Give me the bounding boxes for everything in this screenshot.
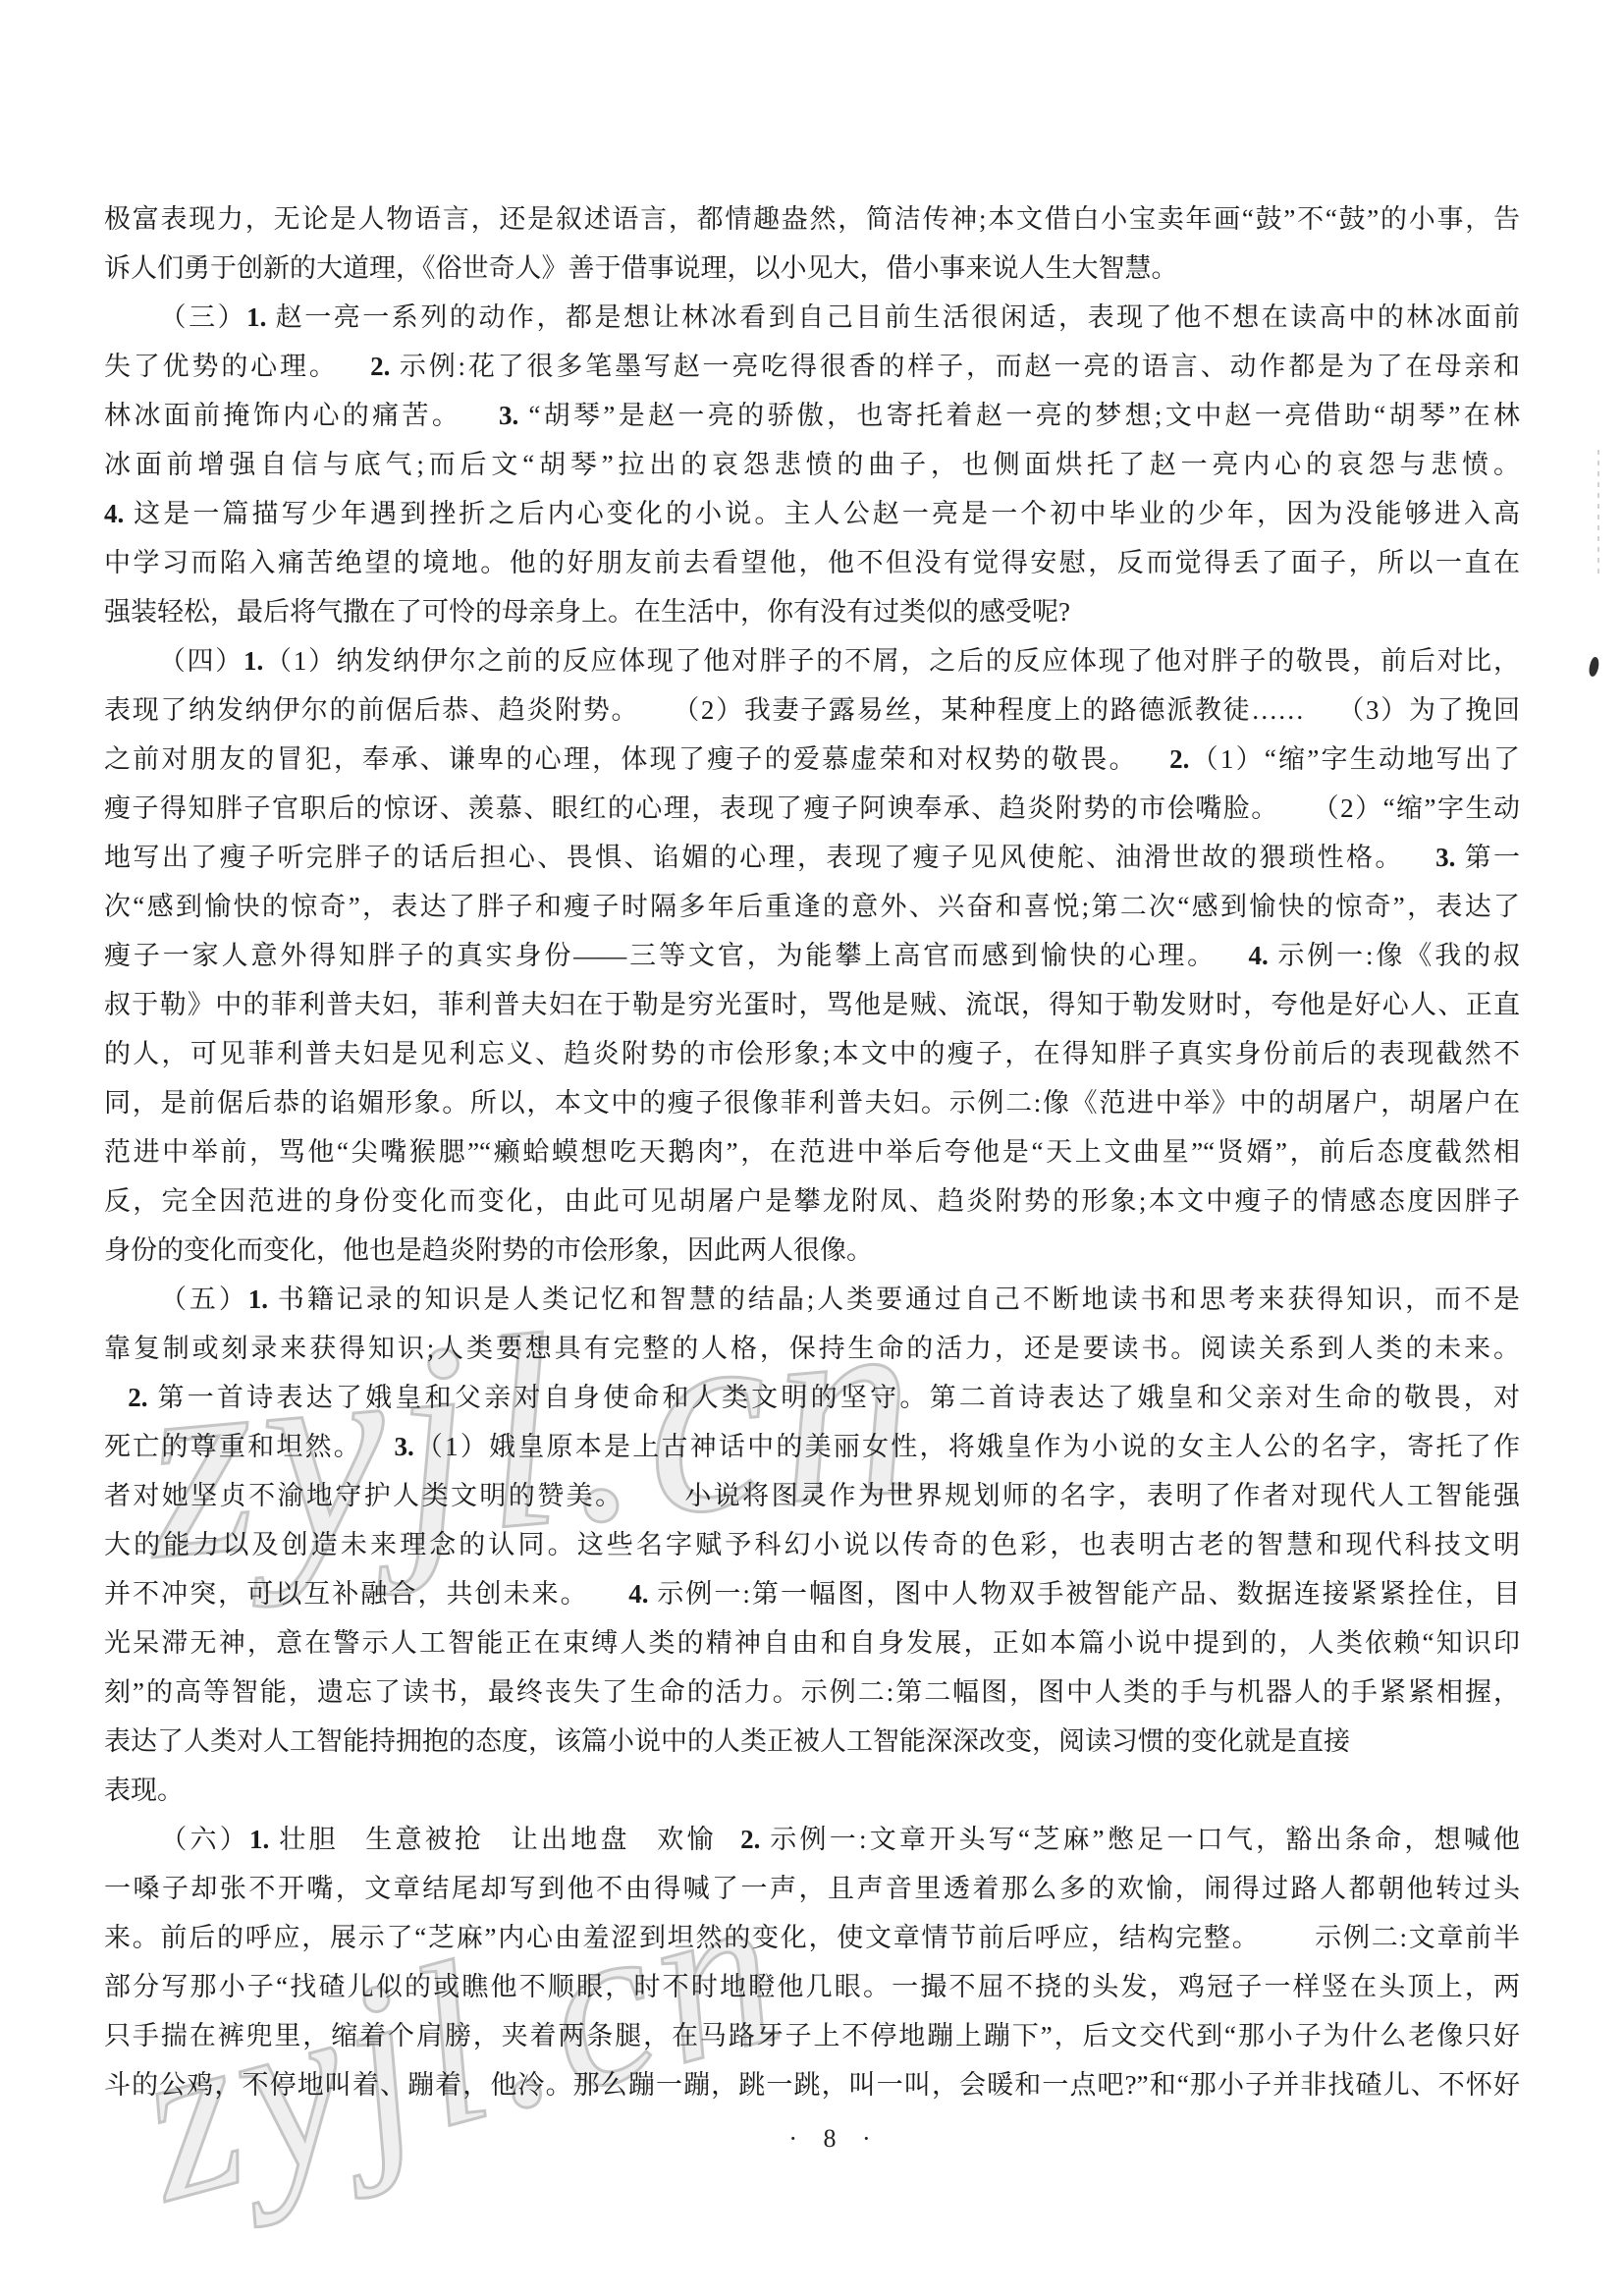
text-segment: 壮胆 bbox=[269, 1825, 338, 1854]
text-line: （六）1. 壮胆生意被抢让出地盘欢愉2. 示例一:文章开头写“芝麻”憋足一口气，… bbox=[104, 1815, 1520, 1864]
text-segment: 冰面前增强自信与底气;而后文“胡琴”拉出的哀怨悲愤的曲子，也侧面烘托了赵一亮内心… bbox=[104, 450, 1520, 479]
text-segment: 一嗓子却张不开嘴，文章结尾却写到他不由得喊了一声，且声音里透着那么多的欢愉，闹得… bbox=[104, 1874, 1520, 1903]
text-line: 4. 这是一篇描写少年遇到挫折之后内心变化的小说。主人公赵一亮是一个初中毕业的少… bbox=[104, 489, 1520, 538]
text-line: 者对她坚贞不渝地守护人类文明的赞美。小说将图灵作为世界规划师的名字，表明了作者对… bbox=[104, 1471, 1520, 1520]
text-segment: 死亡的尊重和坦然。 bbox=[104, 1432, 362, 1461]
text-segment: 示例:花了很多笔墨写赵一亮吃得很香的样子，而赵一亮的语言、动作都是为了在母亲和 bbox=[390, 352, 1520, 381]
text-segment: 表达了人类对人工智能持拥抱的态度，该篇小说中的人类正被人工智能深深改变，阅读习惯… bbox=[104, 1726, 1350, 1756]
answer-gap bbox=[1217, 962, 1248, 964]
text-line: 部分写那小子“找碴儿似的或瞧他不顺眼，时不时地瞪他几眼。一撮不屈不挠的头发，鸡冠… bbox=[104, 1962, 1520, 2011]
text-segment: 小说将图灵作为世界规划师的名字，表明了作者对现代人工智能强 bbox=[682, 1481, 1520, 1510]
item-number: 3. bbox=[394, 1432, 413, 1461]
text-line: 中学习而陷入痛苦绝望的境地。他的好朋友前去看望他，他不但没有觉得安慰，反而觉得丢… bbox=[104, 538, 1520, 587]
answer-gap bbox=[362, 1453, 394, 1455]
text-segment: 刻”的高等智能，遗忘了读书，最终丧失了生命的活力。示例二:第二幅图，图中人类的手… bbox=[104, 1677, 1520, 1707]
text-segment: 来。前后的呼应，展示了“芝麻”内心由羞涩到坦然的变化，使文章情节前后呼应，结构完… bbox=[104, 1923, 1260, 1952]
answer-gap bbox=[461, 422, 499, 424]
text-line: 并不冲突，可以互补融合，共创未来。4. 示例一:第一幅图，图中人物双手被智能产品… bbox=[104, 1569, 1520, 1618]
text-line: 林冰面前掩饰内心的痛苦。3. “胡琴”是赵一亮的骄傲，也寄托着赵一亮的梦想;文中… bbox=[104, 391, 1520, 440]
text-segment: 第一首诗表达了娥皇和父亲对自身使命和人类文明的坚守。第二首诗表达了娥皇和父亲对生… bbox=[148, 1383, 1520, 1412]
text-segment: 叔于勒》中的菲利普夫妇，菲利普夫妇在于勒是穷光蛋时，骂他是贼、流氓，得知于勒发财… bbox=[104, 990, 1520, 1019]
text-line: （三）1. 赵一亮一系列的动作，都是想让林冰看到自己目前生活很闲适，表现了他不想… bbox=[104, 293, 1520, 342]
text-segment: （六） bbox=[157, 1825, 249, 1854]
text-segment: （1）“缩”字生动地写出了 bbox=[1189, 744, 1520, 774]
text-segment: 极富表现力，无论是人物语言，还是叙述语言，都情趣盎然，简洁传神;本文借白小宝卖年… bbox=[104, 204, 1520, 234]
item-number: 4. bbox=[628, 1579, 648, 1609]
text-segment: 瘦子得知胖子官职后的惊讶、羡慕、眼红的心理，表现了瘦子阿谀奉承、趋炎附势的市侩嘴… bbox=[104, 793, 1279, 823]
text-segment: 诉人们勇于创新的大道理，《俗世奇人》善于借事说理，以小见大，借小事来说人生大智慧… bbox=[104, 253, 1178, 283]
text-line: 身份的变化而变化，他也是趋炎附势的市侩形象，因此两人很像。 bbox=[104, 1226, 1520, 1275]
text-line: 斗的公鸡，不停地叫着、蹦着，他冷。那么蹦一蹦，跳一跳，叫一叫，会暖和一点吧?”和… bbox=[104, 2060, 1520, 2109]
answer-gap bbox=[104, 1404, 128, 1406]
text-line: 次“感到愉快的惊奇”，表达了胖子和瘦子时隔多年后重逢的意外、兴奋和喜悦;第二次“… bbox=[104, 882, 1520, 931]
text-line: 来。前后的呼应，展示了“芝麻”内心由羞涩到坦然的变化，使文章情节前后呼应，结构完… bbox=[104, 1913, 1520, 1962]
answer-gap bbox=[104, 1846, 157, 1848]
text-segment: （三） bbox=[157, 302, 246, 332]
text-segment: “胡琴”是赵一亮的骄傲，也寄托着赵一亮的梦想;文中赵一亮借助“胡琴”在林 bbox=[518, 401, 1520, 430]
text-segment: 示例一:第一幅图，图中人物双手被智能产品、数据连接紧紧拴住，目 bbox=[648, 1579, 1520, 1609]
text-segment: （1）纳发纳伊尔之前的反应体现了他对胖子的不屑，之后的反应体现了他对胖子的敬畏，… bbox=[263, 646, 1520, 676]
text-line: 刻”的高等智能，遗忘了读书，最终丧失了生命的活力。示例二:第二幅图，图中人类的手… bbox=[104, 1667, 1520, 1717]
answer-gap bbox=[717, 1846, 740, 1848]
item-number: 2. bbox=[1169, 744, 1189, 774]
item-number: 3. bbox=[1435, 843, 1455, 872]
item-number: 4. bbox=[104, 499, 124, 528]
text-segment: 强装轻松，最后将气撒在了可怜的母亲身上。在生活中，你有没有过类似的感受呢? bbox=[104, 597, 1070, 627]
item-number: 1. bbox=[246, 302, 266, 332]
text-segment: 靠复制或刻录来获得知识;人类要想具有完整的人格，保持生命的活力，还是要读书。阅读… bbox=[104, 1334, 1520, 1363]
answer-gap bbox=[1404, 864, 1435, 866]
text-line: 极富表现力，无论是人物语言，还是叙述语言，都情趣盎然，简洁传神;本文借白小宝卖年… bbox=[104, 194, 1520, 244]
answer-gap bbox=[624, 1503, 682, 1504]
text-segment: 欢愉 bbox=[654, 1825, 717, 1854]
item-number: 1. bbox=[248, 1285, 268, 1314]
text-line: 靠复制或刻录来获得知识;人类要想具有完整的人格，保持生命的活力，还是要读书。阅读… bbox=[104, 1324, 1520, 1373]
text-segment: 赵一亮一系列的动作，都是想让林冰看到自己目前生活很闲适，表现了他不想在读高中的林… bbox=[266, 302, 1520, 332]
answer-gap bbox=[104, 668, 157, 670]
text-line: 地写出了瘦子听完胖子的话后担心、畏惧、谄媚的心理，表现了瘦子见风使舵、油滑世故的… bbox=[104, 833, 1520, 882]
answer-gap bbox=[1279, 815, 1311, 817]
text-segment: 书籍记录的知识是人类记忆和智慧的结晶;人类要通过自己不断地读书和思考来获得知识，… bbox=[268, 1285, 1520, 1314]
text-line: 强装轻松，最后将气撒在了可怜的母亲身上。在生活中，你有没有过类似的感受呢? bbox=[104, 587, 1520, 636]
answer-gap bbox=[484, 1846, 508, 1848]
scan-artifact bbox=[1588, 656, 1600, 677]
text-line: 表现了纳发纳伊尔的前倨后恭、趋炎附势。（2）我妻子露易丝，某种程度上的路德派教徒… bbox=[104, 685, 1520, 735]
text-segment: 光呆滞无神，意在警示人工智能正在束缚人类的精神自由和自身发展，正如本篇小说中提到… bbox=[104, 1628, 1520, 1658]
text-segment: 这是一篇描写少年遇到挫折之后内心变化的小说。主人公赵一亮是一个初中毕业的少年，因… bbox=[124, 499, 1520, 528]
text-line: 的人，可见菲利普夫妇是见利忘义、趋炎附势的市侩形象;本文中的瘦子，在得知胖子真实… bbox=[104, 1029, 1520, 1078]
text-line: 瘦子一家人意外得知胖子的真实身份——三等文官，为能攀上高官而感到愉快的心理。4.… bbox=[104, 931, 1520, 980]
text-line: 表达了人类对人工智能持拥抱的态度，该篇小说中的人类正被人工智能深深改变，阅读习惯… bbox=[104, 1717, 1520, 1766]
item-number: 3. bbox=[499, 401, 518, 430]
text-segment: 反，完全因范进的身份变化而变化，由此可见胡屠户是攀龙附凤、趋炎附势的形象;本文中… bbox=[104, 1186, 1520, 1216]
text-segment: （2）“缩”字生动 bbox=[1311, 793, 1520, 823]
item-number: 2. bbox=[740, 1825, 760, 1854]
text-line: 叔于勒》中的菲利普夫妇，菲利普夫妇在于勒是穷光蛋时，骂他是贼、流氓，得知于勒发财… bbox=[104, 980, 1520, 1029]
text-segment: 生意被抢 bbox=[362, 1825, 484, 1854]
text-segment: 林冰面前掩饰内心的痛苦。 bbox=[104, 401, 461, 430]
item-number: 1. bbox=[243, 646, 263, 676]
text-line: 死亡的尊重和坦然。3.（1）娥皇原本是上古神话中的美丽女性，将娥皇作为小说的女主… bbox=[104, 1422, 1520, 1471]
text-segment: 的人，可见菲利普夫妇是见利忘义、趋炎附势的市侩形象;本文中的瘦子，在得知胖子真实… bbox=[104, 1039, 1520, 1068]
text-segment: （四） bbox=[157, 646, 243, 676]
text-segment: （3）为了挽回 bbox=[1336, 695, 1520, 725]
text-segment: 瘦子一家人意外得知胖子的真实身份——三等文官，为能攀上高官而感到愉快的心理。 bbox=[104, 941, 1217, 970]
text-line: （四）1.（1）纳发纳伊尔之前的反应体现了他对胖子的不屑，之后的反应体现了他对胖… bbox=[104, 636, 1520, 685]
text-line: 失了优势的心理。2. 示例:花了很多笔墨写赵一亮吃得很香的样子，而赵一亮的语言、… bbox=[104, 342, 1520, 391]
text-line: 表现。 bbox=[104, 1766, 1520, 1815]
text-segment: 部分写那小子“找碴儿似的或瞧他不顺眼，时不时地瞪他几眼。一撮不屈不挠的头发，鸡冠… bbox=[104, 1972, 1520, 2001]
text-segment: 第一 bbox=[1455, 843, 1520, 872]
answer-gap bbox=[1304, 717, 1335, 719]
text-segment: 同，是前倨后恭的谄媚形象。所以，本文中的瘦子很像菲利普夫妇。示例二:像《范进中举… bbox=[104, 1088, 1520, 1118]
text-line: 光呆滞无神，意在警示人工智能正在束缚人类的精神自由和自身发展，正如本篇小说中提到… bbox=[104, 1618, 1520, 1667]
item-number: 1. bbox=[249, 1825, 269, 1854]
answer-gap bbox=[1138, 766, 1169, 768]
text-segment: 者对她坚贞不渝地守护人类文明的赞美。 bbox=[104, 1481, 624, 1510]
text-line: 之前对朋友的冒犯，奉承、谦卑的心理，体现了瘦子的爱慕虚荣和对权势的敬畏。2.（1… bbox=[104, 735, 1520, 784]
text-segment: 之前对朋友的冒犯，奉承、谦卑的心理，体现了瘦子的爱慕虚荣和对权势的敬畏。 bbox=[104, 744, 1138, 774]
text-segment: 次“感到愉快的惊奇”，表达了胖子和瘦子时隔多年后重逢的意外、兴奋和喜悦;第二次“… bbox=[104, 892, 1520, 921]
text-segment: 只手揣在裤兜里，缩着个肩膀，夹着两条腿，在马路牙子上不停地蹦上蹦下”，后文交代到… bbox=[104, 2021, 1520, 2050]
text-segment: 大的能力以及创造未来理念的认同。这些名字赋予科幻小说以传奇的色彩，也表明古老的智… bbox=[104, 1530, 1520, 1559]
answer-gap bbox=[630, 1846, 654, 1848]
answer-gap bbox=[589, 1601, 629, 1603]
text-line: （五）1. 书籍记录的知识是人类记忆和智慧的结晶;人类要通过自己不断地读书和思考… bbox=[104, 1275, 1520, 1324]
text-segment: 失了优势的心理。 bbox=[104, 352, 339, 381]
text-line: 范进中举前，骂他“尖嘴猴腮”“癞蛤蟆想吃天鹅肉”，在范进中举后夸他是“天上文曲星… bbox=[104, 1127, 1520, 1176]
scan-artifact bbox=[1597, 450, 1599, 575]
page-number: · 8 · bbox=[766, 2124, 903, 2154]
answer-gap bbox=[104, 324, 157, 326]
text-segment: （2）我妻子露易丝，某种程度上的路德派教徒…… bbox=[672, 695, 1305, 725]
answer-text: 极富表现力，无论是人物语言，还是叙述语言，都情趣盎然，简洁传神;本文借白小宝卖年… bbox=[104, 194, 1520, 2109]
text-segment: （五） bbox=[157, 1285, 248, 1314]
text-segment: 并不冲突，可以互补融合，共创未来。 bbox=[104, 1579, 589, 1609]
text-segment: 地写出了瘦子听完胖子的话后担心、畏惧、谄媚的心理，表现了瘦子见风使舵、油滑世故的… bbox=[104, 843, 1404, 872]
text-line: 只手揣在裤兜里，缩着个肩膀，夹着两条腿，在马路牙子上不停地蹦上蹦下”，后文交代到… bbox=[104, 2011, 1520, 2060]
text-line: 诉人们勇于创新的大道理，《俗世奇人》善于借事说理，以小见大，借小事来说人生大智慧… bbox=[104, 244, 1520, 293]
answer-gap bbox=[639, 717, 671, 719]
answer-gap bbox=[339, 1846, 362, 1848]
text-segment: 身份的变化而变化，他也是趋炎附势的市侩形象，因此两人很像。 bbox=[104, 1235, 873, 1265]
text-line: 一嗓子却张不开嘴，文章结尾却写到他不由得喊了一声，且声音里透着那么多的欢愉，闹得… bbox=[104, 1864, 1520, 1913]
text-line: 冰面前增强自信与底气;而后文“胡琴”拉出的哀怨悲愤的曲子，也侧面烘托了赵一亮内心… bbox=[104, 440, 1520, 489]
answer-gap bbox=[1260, 1944, 1313, 1946]
text-segment: 示例一:像《我的叔 bbox=[1269, 941, 1520, 970]
text-line: 反，完全因范进的身份变化而变化，由此可见胡屠户是攀龙附凤、趋炎附势的形象;本文中… bbox=[104, 1176, 1520, 1226]
text-segment: 示例二:文章前半 bbox=[1313, 1923, 1520, 1952]
text-line: 同，是前倨后恭的谄媚形象。所以，本文中的瘦子很像菲利普夫妇。示例二:像《范进中举… bbox=[104, 1078, 1520, 1127]
text-segment: （1）娥皇原本是上古神话中的美丽女性，将娥皇作为小说的女主人公的名字，寄托了作 bbox=[414, 1432, 1520, 1461]
text-segment: 范进中举前，骂他“尖嘴猴腮”“癞蛤蟆想吃天鹅肉”，在范进中举后夸他是“天上文曲星… bbox=[104, 1137, 1520, 1167]
item-number: 2. bbox=[128, 1383, 147, 1412]
text-segment: 斗的公鸡，不停地叫着、蹦着，他冷。那么蹦一蹦，跳一跳，叫一叫，会暖和一点吧?”和… bbox=[104, 2070, 1520, 2100]
text-line: 瘦子得知胖子官职后的惊讶、羡慕、眼红的心理，表现了瘦子阿谀奉承、趋炎附势的市侩嘴… bbox=[104, 784, 1520, 833]
text-segment: 让出地盘 bbox=[509, 1825, 630, 1854]
item-number: 4. bbox=[1248, 941, 1268, 970]
text-segment: 表现了纳发纳伊尔的前倨后恭、趋炎附势。 bbox=[104, 695, 639, 725]
text-segment: 中学习而陷入痛苦绝望的境地。他的好朋友前去看望他，他不但没有觉得安慰，反而觉得丢… bbox=[104, 548, 1520, 577]
text-segment: 表现。 bbox=[104, 1776, 184, 1805]
item-number: 2. bbox=[370, 352, 390, 381]
text-line: 大的能力以及创造未来理念的认同。这些名字赋予科幻小说以传奇的色彩，也表明古老的智… bbox=[104, 1520, 1520, 1569]
answer-gap bbox=[104, 1306, 157, 1308]
text-segment: 示例一:文章开头写“芝麻”憋足一口气，豁出条命，想喊他 bbox=[760, 1825, 1520, 1854]
text-line: 2. 第一首诗表达了娥皇和父亲对自身使命和人类文明的坚守。第二首诗表达了娥皇和父… bbox=[104, 1373, 1520, 1422]
document-page: zyjl.cn zyjl.cn 极富表现力，无论是人物语言，还是叙述语言，都情趣… bbox=[0, 0, 1623, 2296]
answer-gap bbox=[339, 373, 370, 375]
